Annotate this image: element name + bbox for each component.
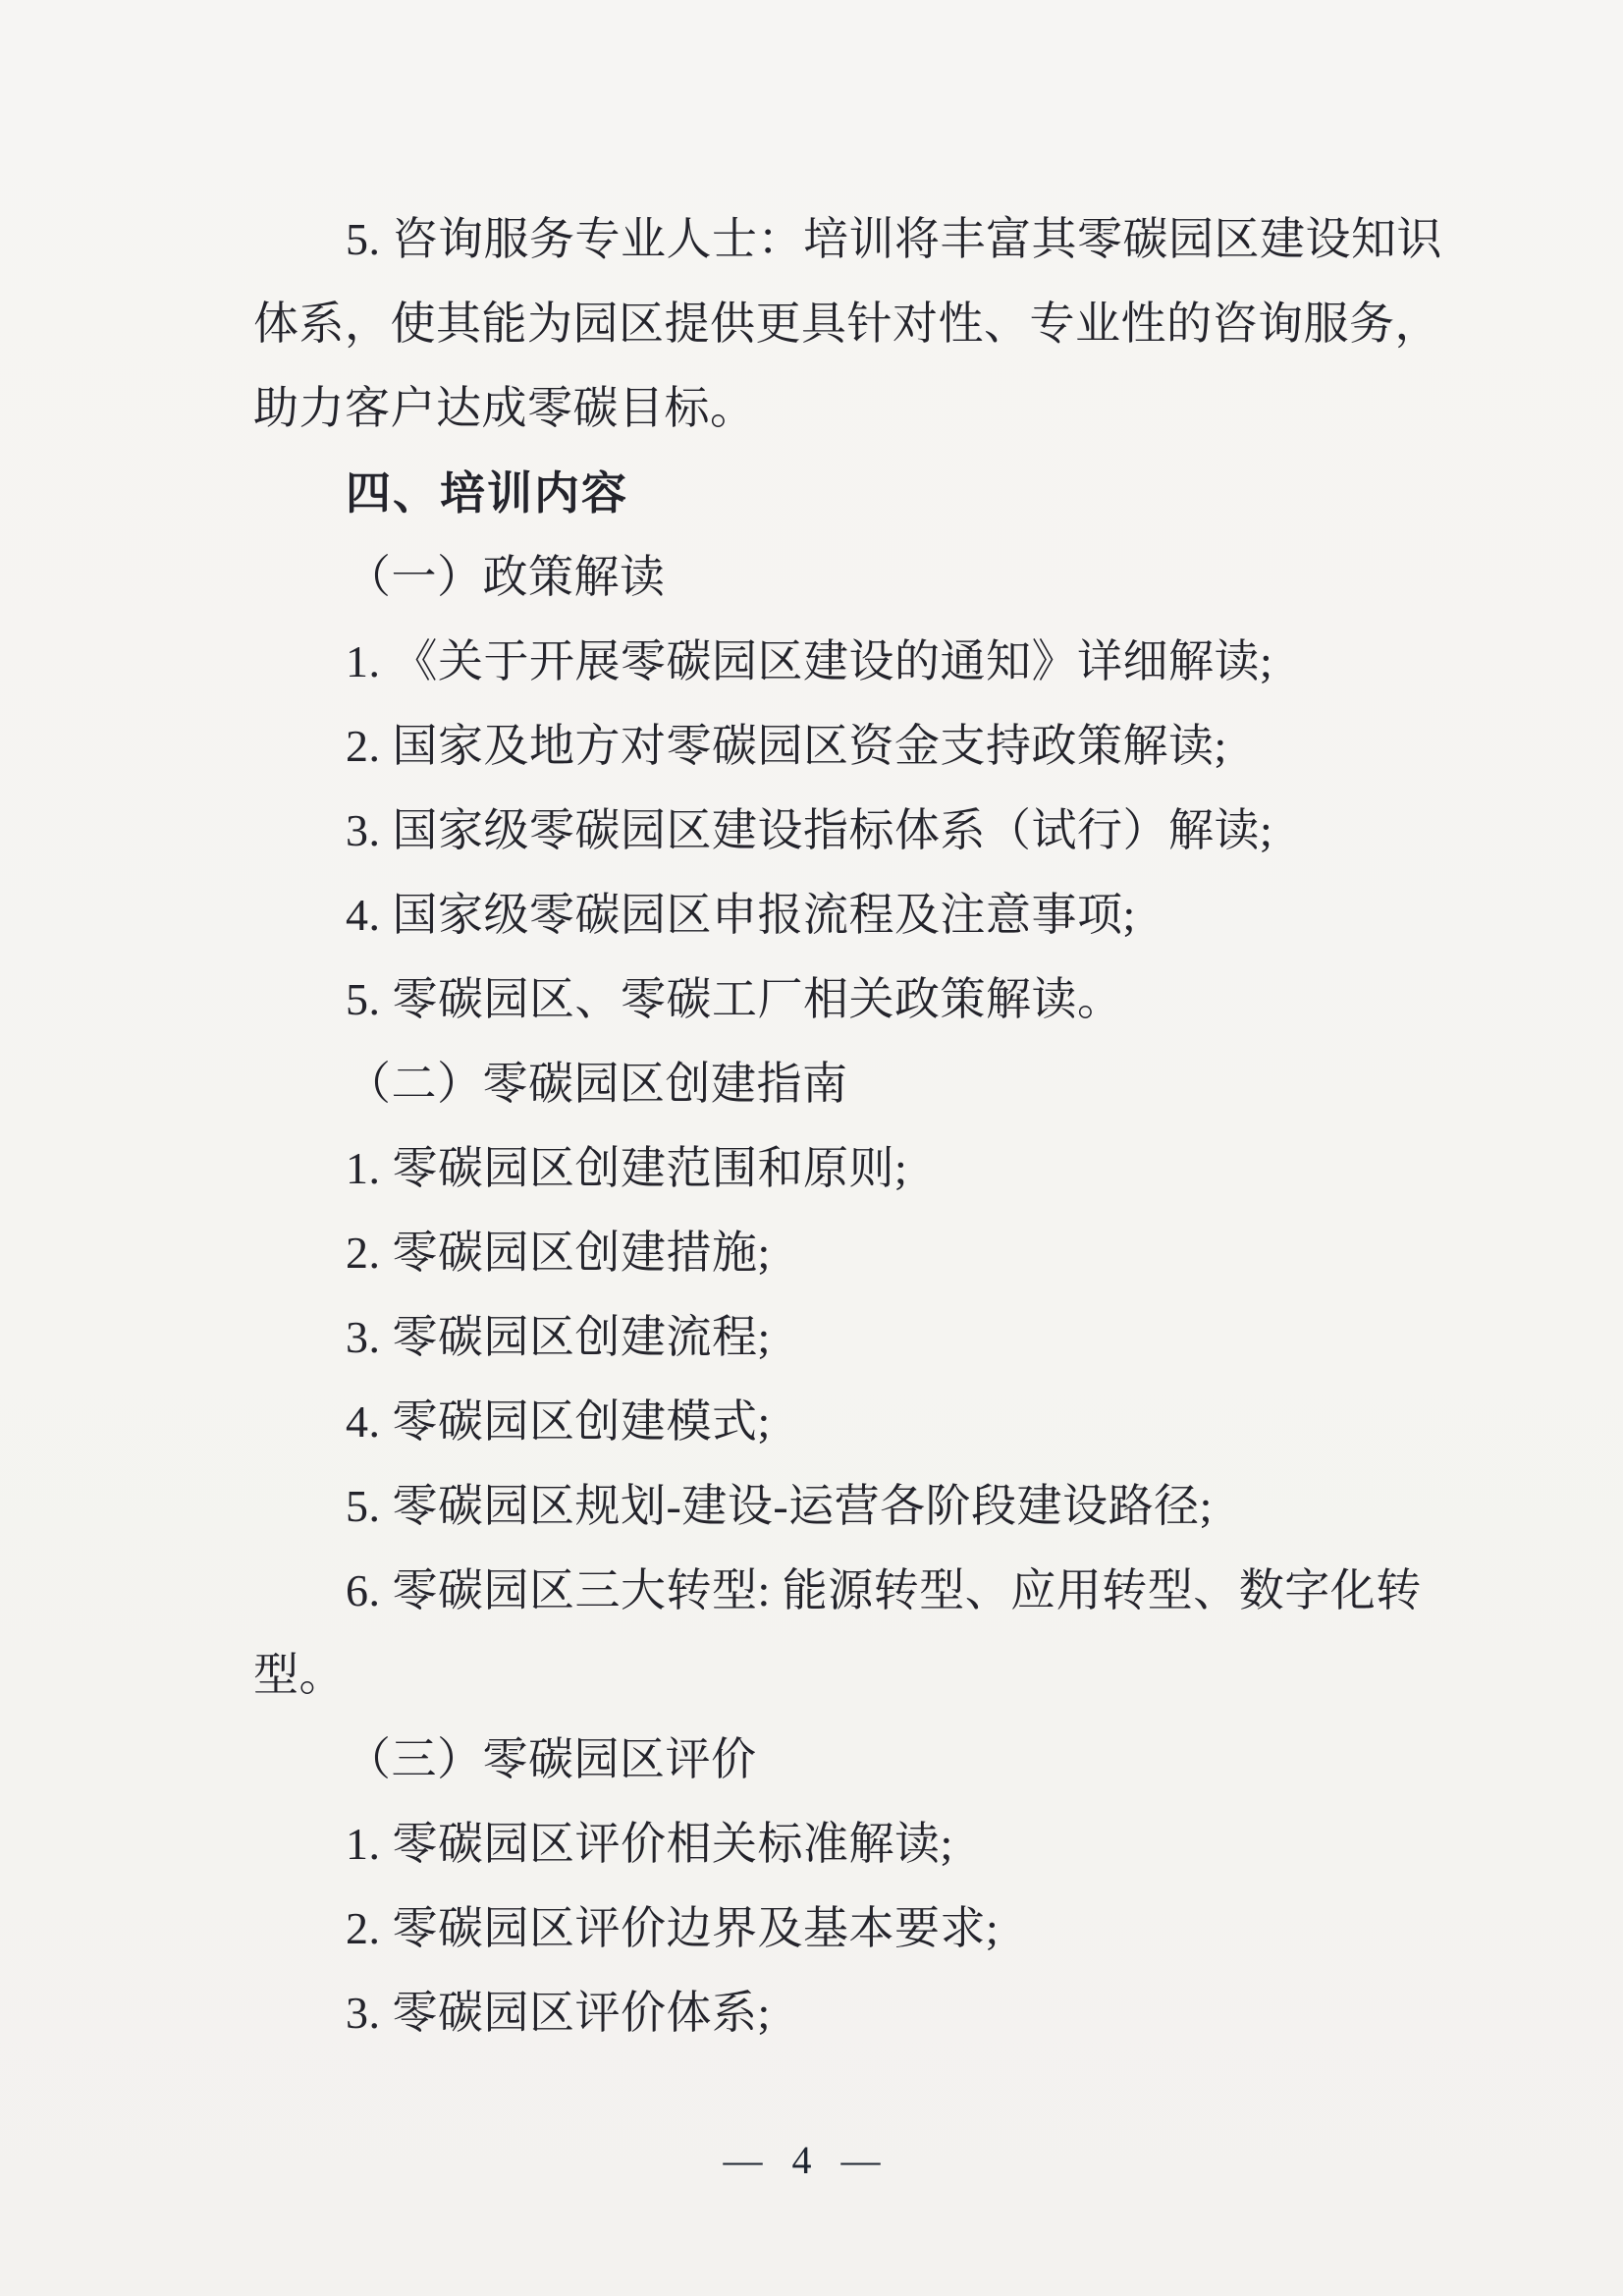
text-line: 3. 国家级零碳园区建设指标体系（试行）解读;: [253, 789, 1471, 873]
text-line: 4. 零碳园区创建模式;: [253, 1380, 1471, 1464]
text-line: 3. 零碳园区评价体系;: [253, 1971, 1471, 2055]
text-line: 型。: [253, 1633, 1471, 1718]
text-line: 2. 国家及地方对零碳园区资金支持政策解读;: [253, 704, 1471, 789]
text-line: （三）零碳园区评价: [253, 1718, 1471, 1802]
text-line: 体系，使其能为园区提供更具针对性、专业性的咨询服务，: [253, 282, 1471, 366]
text-line: 5. 零碳园区规划-建设-运营各阶段建设路径;: [253, 1464, 1471, 1549]
text-line: 3. 零碳园区创建流程;: [253, 1295, 1471, 1380]
text-line: 5. 零碳园区、零碳工厂相关政策解读。: [253, 957, 1471, 1042]
text-line: 1. 《关于开展零碳园区建设的通知》详细解读;: [253, 620, 1471, 704]
text-line: 4. 国家级零碳园区申报流程及注意事项;: [253, 873, 1471, 957]
document-page: 5. 咨询服务专业人士：培训将丰富其零碳园区建设知识体系，使其能为园区提供更具针…: [0, 0, 1623, 2296]
document-body: 5. 咨询服务专业人士：培训将丰富其零碳园区建设知识体系，使其能为园区提供更具针…: [253, 197, 1471, 2055]
text-line: 2. 零碳园区创建措施;: [253, 1211, 1471, 1295]
text-line: 助力客户达成零碳目标。: [253, 366, 1471, 451]
text-line: （二）零碳园区创建指南: [253, 1042, 1471, 1126]
text-line: （一）政策解读: [253, 535, 1471, 620]
text-line: 6. 零碳园区三大转型: 能源转型、应用转型、数字化转: [253, 1549, 1471, 1633]
text-line: 1. 零碳园区评价相关标准解读;: [253, 1802, 1471, 1886]
text-line: 2. 零碳园区评价边界及基本要求;: [253, 1886, 1471, 1971]
page-number: — 4 —: [0, 2137, 1613, 2184]
text-line: 5. 咨询服务专业人士：培训将丰富其零碳园区建设知识: [253, 197, 1471, 282]
text-line: 1. 零碳园区创建范围和原则;: [253, 1126, 1471, 1211]
section-heading: 四、培训内容: [253, 451, 1471, 535]
